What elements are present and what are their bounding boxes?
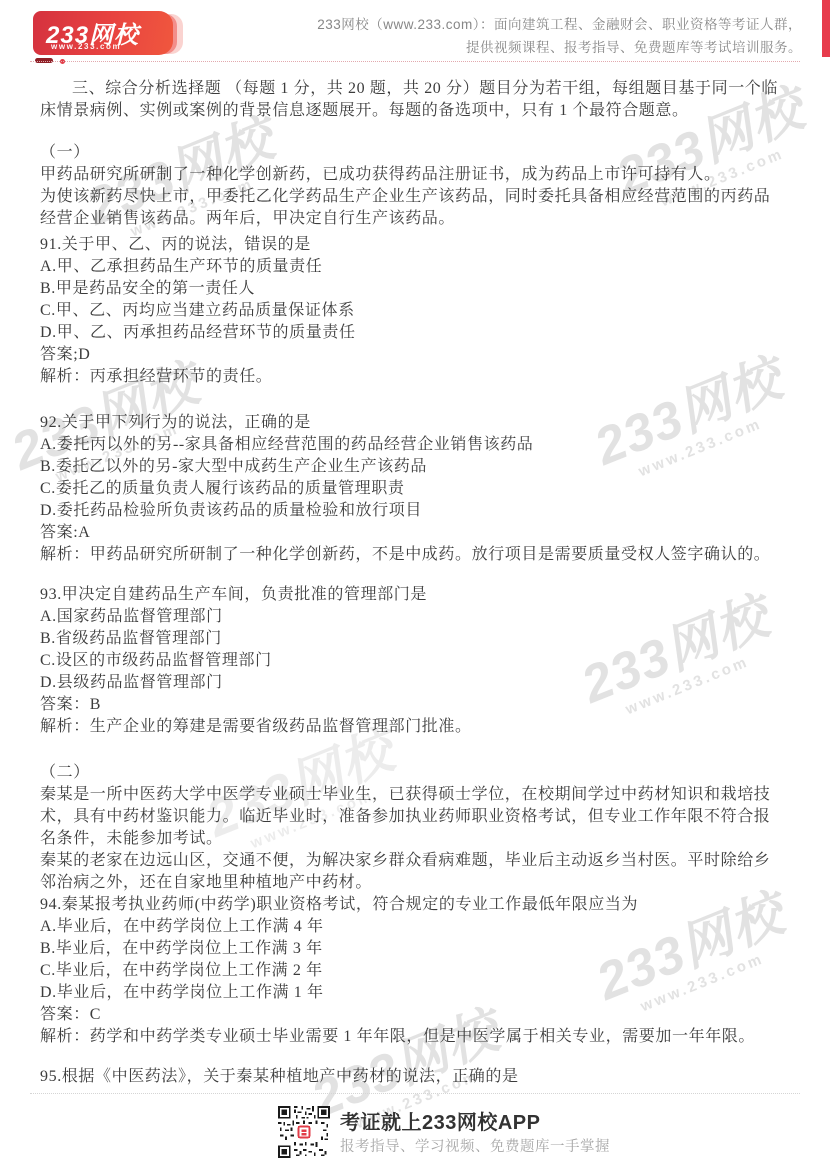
question-stem: 91.关于甲、乙、丙的说法，错误的是 bbox=[40, 234, 802, 256]
question-block-91: 91.关于甲、乙、丙的说法，错误的是 A.甲、乙承担药品生产环节的质量责任 B.… bbox=[40, 234, 802, 388]
answer-line: 答案:A bbox=[40, 522, 802, 544]
section-heading-cont: 床情景病例、实例或案例的背景信息逐题展开。每题的备选项中，只有 1 个最符合题意… bbox=[40, 100, 802, 122]
question-stem: 92.关于甲下列行为的说法，正确的是 bbox=[40, 412, 802, 434]
qr-code bbox=[278, 1106, 330, 1158]
option-d: D.毕业后，在中药学岗位上工作满 1 年 bbox=[40, 982, 802, 1004]
option-a: A.委托丙以外的另--家具备相应经营范围的药品经营企业销售该药品 bbox=[40, 434, 802, 456]
option-d: D.甲、乙、丙承担药品经营环节的质量责任 bbox=[40, 322, 802, 344]
document-page: 233网校 www.233.com 233网校 www.233.com 233网… bbox=[0, 0, 830, 1175]
answer-line: 答案：C bbox=[40, 1004, 802, 1026]
question-block-92: 92.关于甲下列行为的说法，正确的是 A.委托丙以外的另--家具备相应经营范围的… bbox=[40, 412, 802, 566]
section-heading: 三、综合分析选择题 （每题 1 分，共 20 题，共 20 分）题目分为若干组，… bbox=[40, 78, 802, 100]
case2-background: 术，具有中药材鉴识能力。临近毕业时，准备参加执业药师职业资格考试，但专业工作年限… bbox=[40, 806, 802, 828]
case1-background: 经营企业销售该药品。两年后，甲决定自行生产该药品。 bbox=[40, 208, 802, 230]
case2-background: 邻治病之外，还在自家地里种植地产中药材。 bbox=[40, 872, 802, 894]
case1-background: 为使该新药尽快上市，甲委托乙化学药品生产企业生产该药品，同时委托具备相应经营范围… bbox=[40, 186, 802, 208]
case1-label: （一） bbox=[40, 142, 802, 164]
question-block-93: 93.甲决定自建药品生产车间，负责批准的管理部门是 A.国家药品监督管理部门 B… bbox=[40, 584, 802, 738]
header-divider bbox=[30, 61, 800, 62]
logo-badge: 233网校 www.233.com bbox=[33, 11, 173, 55]
footer-app-title: 考证就上233网校APP bbox=[340, 1106, 541, 1135]
footer-app-subtitle: 报考指导、学习视频、免费题库一手掌握 bbox=[340, 1135, 610, 1156]
option-a: A.甲、乙承担药品生产环节的质量责任 bbox=[40, 256, 802, 278]
corner-red-bar bbox=[822, 0, 830, 57]
qr-center-logo bbox=[298, 1126, 311, 1139]
case2-background: 秦某是一所中医药大学中医学专业硕士毕业生，已获得硕士学位，在校期间学过中药材知识… bbox=[40, 784, 802, 806]
option-b: B.甲是药品安全的第一责任人 bbox=[40, 278, 802, 300]
question-block-94: 94.秦某报考执业药师(中药学)职业资格考试，符合规定的专业工作最低年限应当为 … bbox=[40, 894, 802, 1048]
page-header: 233网校 www.233.com 233网校（www.233.com）：面向建… bbox=[0, 0, 830, 68]
tagline-line2: 提供视频课程、报考指导、免费题库等考试培训服务。 bbox=[317, 36, 802, 59]
option-d: D.县级药品监督管理部门 bbox=[40, 672, 802, 694]
question-stem: 93.甲决定自建药品生产车间，负责批准的管理部门是 bbox=[40, 584, 802, 606]
footer-divider bbox=[30, 1093, 800, 1094]
case2-background: 名条件，未能参加考试。 bbox=[40, 828, 802, 850]
analysis-line: 解析：药学和中药学类专业硕士毕业需要 1 年年限，但是中医学属于相关专业，需要加… bbox=[40, 1026, 802, 1048]
tagline-line1: 233网校（www.233.com）：面向建筑工程、金融财会、职业资格等考证人群… bbox=[317, 13, 802, 36]
option-c: C.甲、乙、丙均应当建立药品质量保证体系 bbox=[40, 300, 802, 322]
option-a: A.国家药品监督管理部门 bbox=[40, 606, 802, 628]
case1-background: 甲药品研究所研制了一种化学创新药，已成功获得药品注册证书，成为药品上市许可持有人… bbox=[40, 164, 802, 186]
site-tagline: 233网校（www.233.com）：面向建筑工程、金融财会、职业资格等考证人群… bbox=[317, 13, 802, 59]
question-stem: 94.秦某报考执业药师(中药学)职业资格考试，符合规定的专业工作最低年限应当为 bbox=[40, 894, 802, 916]
option-b: B.毕业后，在中药学岗位上工作满 3 年 bbox=[40, 938, 802, 960]
question-block-95: 95.根据《中医药法》，关于秦某种植地产中药材的说法，正确的是 bbox=[40, 1066, 802, 1088]
case2-background: 秦某的老家在边远山区，交通不便，为解决家乡群众看病难题，毕业后主动返乡当村医。平… bbox=[40, 850, 802, 872]
option-d: D.委托药品检验所负责该药品的质量检验和放行项目 bbox=[40, 500, 802, 522]
brand-logo: 233网校 www.233.com bbox=[33, 11, 203, 57]
option-b: B.省级药品监督管理部门 bbox=[40, 628, 802, 650]
option-c: C.委托乙的质量负责人履行该药品的质量管理职责 bbox=[40, 478, 802, 500]
option-c: C.毕业后，在中药学岗位上工作满 2 年 bbox=[40, 960, 802, 982]
question-stem: 95.根据《中医药法》，关于秦某种植地产中药材的说法，正确的是 bbox=[40, 1066, 802, 1088]
option-c: C.设区的市级药品监督管理部门 bbox=[40, 650, 802, 672]
logo-url: www.233.com bbox=[51, 42, 121, 51]
analysis-line: 解析：甲药品研究所研制了一种化学创新药，不是中成药。放行项目是需要质量受权人签字… bbox=[40, 544, 802, 566]
option-b: B.委托乙以外的另-家大型中成药生产企业生产该药品 bbox=[40, 456, 802, 478]
answer-line: 答案;D bbox=[40, 344, 802, 366]
exam-content: 三、综合分析选择题 （每题 1 分，共 20 题，共 20 分）题目分为若干组，… bbox=[40, 78, 802, 1088]
analysis-line: 解析：丙承担经营环节的责任。 bbox=[40, 366, 802, 388]
answer-line: 答案：B bbox=[40, 694, 802, 716]
analysis-line: 解析：生产企业的筹建是需要省级药品监督管理部门批准。 bbox=[40, 716, 802, 738]
option-a: A.毕业后，在中药学岗位上工作满 4 年 bbox=[40, 916, 802, 938]
case2-label: （二） bbox=[40, 762, 802, 784]
